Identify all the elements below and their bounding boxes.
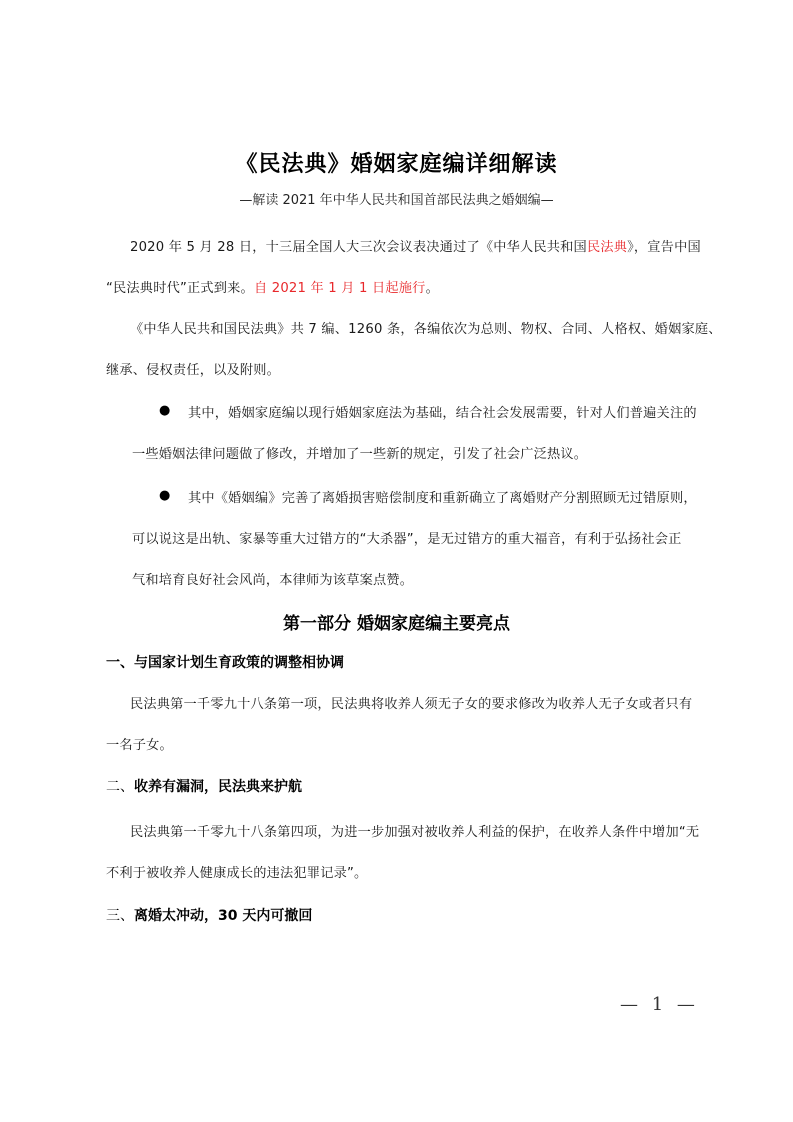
page-number: — 1 — [620,994,699,1015]
section-1-heading: 一、与国家计划生育政策的调整相协调 [106,652,344,672]
section-1-body-line-2: 一名子女。 [106,734,173,753]
highlight-civil-code: 民法典 [587,240,627,255]
section-title: 与国家计划生育政策的调整相协调 [134,655,344,671]
section-number: 一、 [106,655,134,671]
section-title: 离婚太冲动，30 天内可撤回 [134,908,312,924]
intro-paragraph-1-line-1: 2020 年 5 月 28 日，十三届全国人大三次会议表决通过了《中华人民共和国… [130,236,701,255]
section-2-body-line-2: 不利于被收养人健康成长的违法犯罪记录”。 [106,862,367,881]
intro-paragraph-2-line-1: 《中华人民共和国民法典》共 7 编、1260 条，各编依次为总则、物权、合同、人… [130,318,722,337]
document-page: 《民法典》婚姻家庭编详细解读 —解读 2021 年中华人民共和国首部民法典之婚姻… [0,0,793,1122]
intro-text: 》，宣告中国 [627,240,701,255]
bullet-2-line-1: 其中《婚姻编》完善了离婚损害赔偿制度和重新确立了离婚财产分割照顾无过错原则， [188,487,697,506]
bullet-marker: ● [159,403,170,418]
bullet-1-line-2: 一些婚姻法律问题做了修改，并增加了一些新的规定，引发了社会广泛热议。 [132,443,587,462]
document-subtitle: —解读 2021 年中华人民共和国首部民法典之婚姻编— [0,189,793,208]
section-title: 收养有漏洞，民法典来护航 [134,779,302,795]
section-2-heading: 二、收养有漏洞，民法典来护航 [106,776,302,796]
intro-paragraph-2-line-2: 继承、侵权责任，以及附则。 [106,359,280,378]
intro-text: 2020 年 5 月 28 日，十三届全国人大三次会议表决通过了《中华人民共和国 [130,240,587,255]
bullet-marker: ● [159,488,170,503]
document-title: 《民法典》婚姻家庭编详细解读 [0,147,793,178]
section-number: 三、 [106,908,134,924]
part-one-heading: 第一部分 婚姻家庭编主要亮点 [0,609,793,634]
section-2-body-line-1: 民法典第一千零九十八条第四项，为进一步加强对被收养人利益的保护，在收养人条件中增… [130,821,699,840]
section-1-body-line-1: 民法典第一千零九十八条第一项，民法典将收养人须无子女的要求修改为收养人无子女或者… [130,693,692,712]
bullet-2-line-2: 可以说这是出轨、家暴等重大过错方的“大杀器”，是无过错方的重大福音，有利于弘扬社… [132,528,682,547]
section-number: 二、 [106,779,134,795]
intro-text: 。 [426,281,439,296]
highlight-effective-date: 自 2021 年 1 月 1 日起施行 [254,281,426,296]
section-3-heading: 三、离婚太冲动，30 天内可撤回 [106,905,312,925]
intro-paragraph-1-line-2: “民法典时代”正式到来。自 2021 年 1 月 1 日起施行。 [106,277,439,296]
intro-text: “民法典时代”正式到来。 [106,281,254,296]
bullet-2-line-3: 气和培育良好社会风尚，本律师为该草案点赞。 [132,569,413,588]
bullet-1-line-1: 其中，婚姻家庭编以现行婚姻家庭法为基础，结合社会发展需要，针对人们普遍关注的 [188,402,697,421]
